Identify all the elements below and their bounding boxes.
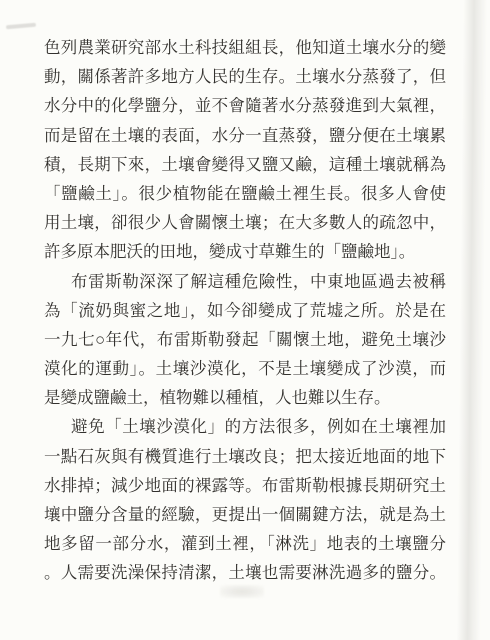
scan-smudge-bottom (220, 585, 264, 598)
text-line: 。人需要洗澡保持清潔，土壤也需要淋洗過多的鹽分。 (44, 558, 446, 587)
text-line: 動，關係著許多地方人民的生存。土壤水分蒸發了，但 (44, 62, 446, 91)
text-line: 「鹽鹼土」。很少植物能在鹽鹼土裡生長。很多人會使 (44, 179, 446, 208)
text-line: 積，長期下來，土壤會變得又鹽又鹼，這種土壤就稱為 (44, 150, 446, 179)
text-line: 地多留一部分水，灌到土裡，「淋洗」地表的土壤鹽分 (44, 529, 446, 558)
scan-smudge-topleft (6, 23, 36, 30)
text-line: 一九七○年代，布雷斯勒發起「關懷土地，避免土壤沙 (44, 325, 446, 354)
text-line: 水分中的化學鹽分，並不會隨著水分蒸發進到大氣裡， (44, 91, 446, 120)
text-line: 而是留在土壤的表面，水分一直蒸發，鹽分便在土壤累 (44, 121, 446, 150)
text-line: 水排掉；減少地面的裸露等。布雷斯勒根據長期研究土 (44, 471, 446, 500)
text-line: 是變成鹽鹼土，植物難以種植，人也難以生存。 (44, 383, 446, 412)
text-line: 一點石灰與有機質進行土壤改良；把太接近地面的地下 (44, 442, 446, 471)
text-line: 漠化的運動」。土壤沙漠化，不是土壤變成了沙漠，而 (44, 354, 446, 383)
text-line: 許多原本肥沃的田地，變成寸草難生的「鹽鹼地」。 (44, 237, 446, 266)
page-edge-shadow (457, 0, 488, 640)
text-line: 避免「土壤沙漠化」的方法很多，例如在土壤裡加 (44, 412, 446, 441)
text-line: 布雷斯勒深深了解這種危險性，中東地區過去被稱 (44, 267, 446, 296)
body-text: 色列農業研究部水土科技組組長，他知道土壤水分的變動，關係著許多地方人民的生存。土… (44, 33, 446, 588)
text-line: 色列農業研究部水土科技組組長，他知道土壤水分的變 (44, 33, 446, 62)
text-line: 為「流奶與蜜之地」，如今卻變成了荒墟之所。於是在 (44, 296, 446, 325)
text-line: 用土壤，卻很少人會關懷土壤；在大多數人的疏忽中， (44, 208, 446, 237)
book-page: 色列農業研究部水土科技組組長，他知道土壤水分的變動，關係著許多地方人民的生存。土… (0, 0, 490, 640)
text-line: 壤中鹽分含量的經驗，更提出一個關鍵方法，就是為土 (44, 500, 446, 529)
